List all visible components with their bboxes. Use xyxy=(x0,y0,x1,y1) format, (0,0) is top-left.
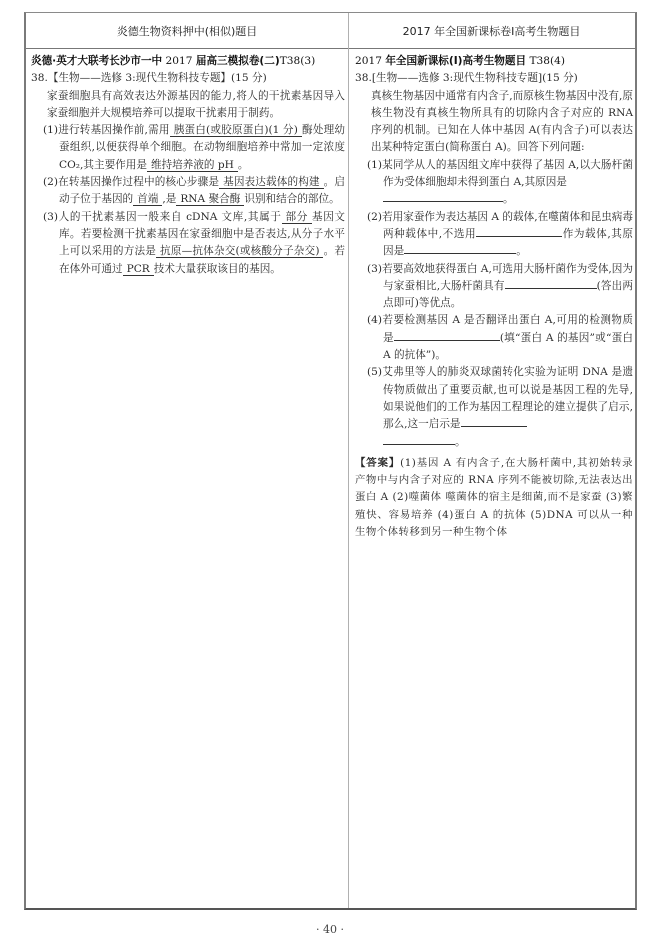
answer-fill: 基因表达载体的构建 xyxy=(219,176,324,189)
answer-blank xyxy=(571,288,597,289)
right-q2: (2)若用家蚕作为表达基因 A 的载体,在噬菌体和昆虫病毒两种载体中,不选用作为… xyxy=(355,209,633,261)
right-q1: (1)某同学从人的基因组文库中获得了基因 A,以大肠杆菌作为受体细胞却未得到蛋白… xyxy=(355,157,633,209)
answer-fill: 维持培养液的 pH xyxy=(147,159,238,172)
answer-blank xyxy=(505,288,571,289)
left-q2: (2)在转基因操作过程中的核心步骤是基因表达载体的构建。启动子位于基因的首端,是… xyxy=(31,174,345,209)
comparison-table: 炎德生物资料押中(相似)题目 2017 年全国新课标卷Ⅰ高考生物题目 炎德·英才… xyxy=(24,12,637,910)
right-q5: (5)艾弗里等人的肺炎双球菌转化实验为证明 DNA 是遗传物质做出了重要贡献,也… xyxy=(355,364,633,450)
right-column-title: 2017 年全国新课标卷Ⅰ高考生物题目 xyxy=(348,13,635,48)
table-header: 炎德生物资料押中(相似)题目 2017 年全国新课标卷Ⅰ高考生物题目 xyxy=(26,13,635,49)
left-source-line: 炎德·英才大联考长沙市一中 2017 届高三模拟卷(二)T38(3) xyxy=(31,53,345,70)
answer-blank xyxy=(476,236,562,237)
left-column-title: 炎德生物资料押中(相似)题目 xyxy=(26,13,348,48)
right-q3: (3)若要高效地获得蛋白 A,可选用大肠杆菌作为受体,因为与家蚕相比,大肠杆菌具… xyxy=(355,261,633,313)
answer-fill: PCR xyxy=(123,263,154,276)
answer-fill: 抗原—抗体杂交(或核酸分子杂交) xyxy=(156,245,323,258)
left-q3: (3)人的干扰素基因一般来自 cDNA 文库,其属于部分基因文库。若要检测干扰素… xyxy=(31,209,345,278)
answer-block: 【答案】(1)基因 A 有内含子,在大肠杆菌中,其初始转录产物中与内含子对应的 … xyxy=(355,455,633,541)
answer-fill: 部分 xyxy=(282,211,312,224)
column-divider xyxy=(348,13,349,908)
answer-fill: 首端 xyxy=(133,193,162,206)
answer-blank xyxy=(461,426,527,427)
right-q4: (4)若要检测基因 A 是否翻译出蛋白 A,可用的检测物质是(填“蛋白 A 的基… xyxy=(355,312,633,364)
left-q1: (1)进行转基因操作前,需用胰蛋白(或胶原蛋白)(1 分)酶处理幼蚕组织,以便获… xyxy=(31,122,345,174)
left-column: 炎德·英才大联考长沙市一中 2017 届高三模拟卷(二)T38(3) 38.【生… xyxy=(31,53,345,278)
right-question-title: 38.[生物——选修 3:现代生物科技专题](15 分) xyxy=(355,70,633,87)
right-column: 2017 年全国新课标(Ⅰ)高考生物题目 T38(4) 38.[生物——选修 3… xyxy=(355,53,633,541)
left-question-title: 38.【生物——选修 3:现代生物科技专题】(15 分) xyxy=(31,70,345,87)
right-source-line: 2017 年全国新课标(Ⅰ)高考生物题目 T38(4) xyxy=(355,53,633,70)
answer-blank xyxy=(383,201,503,202)
right-intro: 真核生物基因中通常有内含子,而原核生物基因中没有,原核生物没有真核生物所具有的切… xyxy=(355,88,633,157)
answer-blank xyxy=(383,444,455,445)
answer-blank xyxy=(404,253,516,254)
answer-label: 【答案】 xyxy=(355,457,400,469)
answer-fill: 胰蛋白(或胶原蛋白)(1 分) xyxy=(170,124,302,137)
page-number: · 40 · xyxy=(0,923,660,936)
left-intro: 家蚕细胞具有高效表达外源基因的能力,将人的干扰素基因导入家蚕细胞并大规模培养可以… xyxy=(31,88,345,123)
answer-text: (1)基因 A 有内含子,在大肠杆菌中,其初始转录产物中与内含子对应的 RNA … xyxy=(355,457,633,538)
answer-blank xyxy=(394,340,500,341)
answer-fill: RNA 聚合酶 xyxy=(176,193,244,206)
